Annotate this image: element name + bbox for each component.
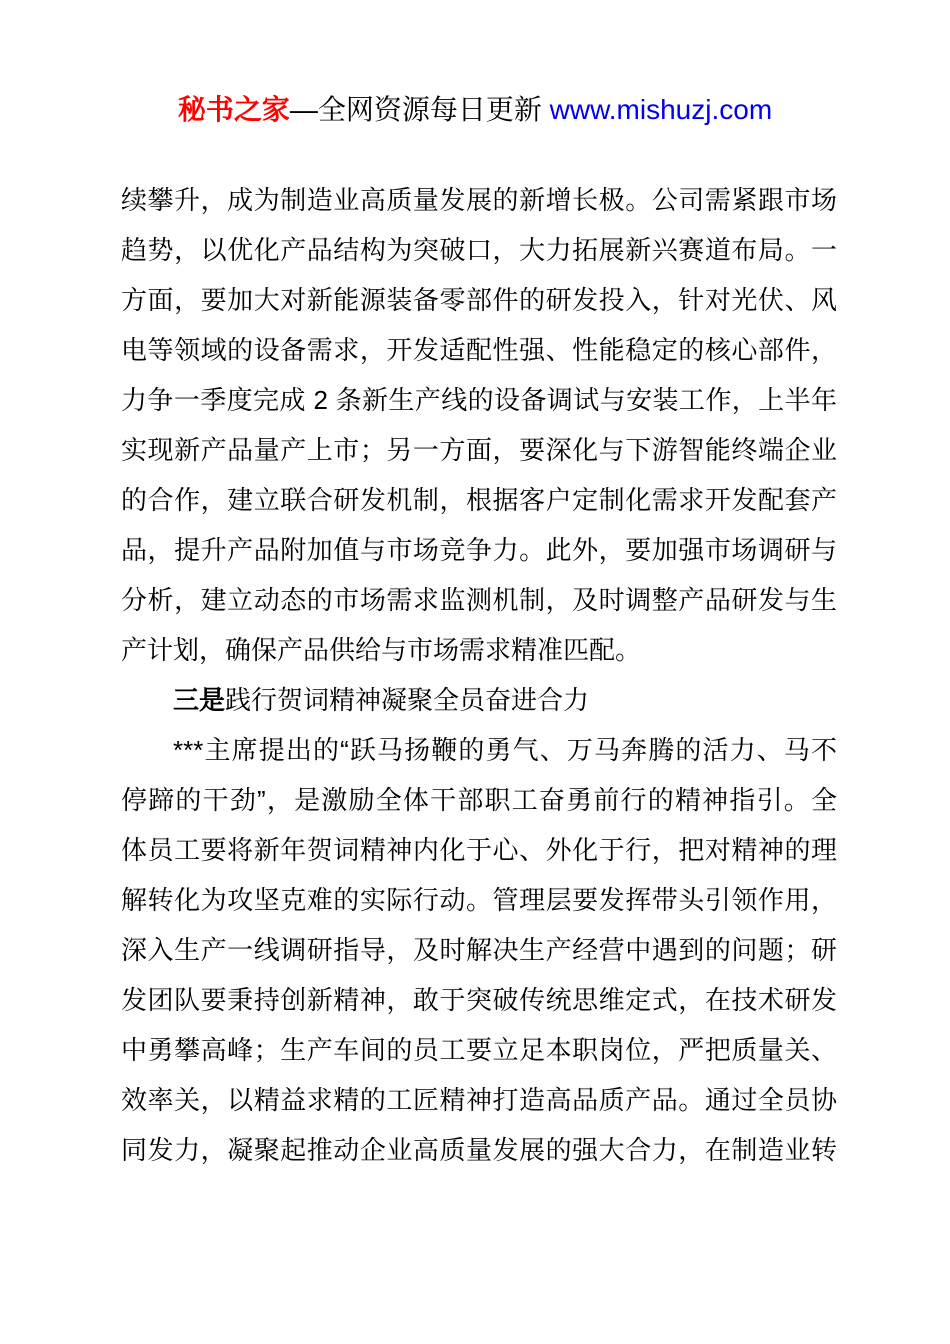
text-line: 力争一季度完成 2 条新生产线的设备调试与安装工作，上半年 (121, 375, 837, 425)
text-line: 分析，建立动态的市场需求监测机制，及时调整产品研发与生 (121, 575, 837, 625)
section-heading-number: 三是 (173, 685, 225, 715)
text-line: ***主席提出的“跃马扬鞭的勇气、万马奔腾的活力、马不 (121, 725, 837, 775)
site-name: 秘书之家 (178, 94, 290, 125)
document-body: 续攀升，成为制造业高质量发展的新增长极。公司需紧跟市场 趋势，以优化产品结构为突… (121, 175, 837, 1175)
text-line: 方面，要加大对新能源装备零部件的研发投入，针对光伏、风 (121, 275, 837, 325)
text-line: 发团队要秉持创新精神，敢于突破传统思维定式，在技术研发 (121, 975, 837, 1025)
text-line: 趋势，以优化产品结构为突破口，大力拓展新兴赛道布局。一 (121, 225, 837, 275)
text-line: 产计划，确保产品供给与市场需求精准匹配。 (121, 625, 837, 675)
header-tagline: —全网资源每日更新 (290, 94, 550, 125)
page-header: 秘书之家—全网资源每日更新 www.mishuzj.com (0, 90, 950, 130)
text-line: 停蹄的干劲”，是激励全体干部职工奋勇前行的精神指引。全 (121, 775, 837, 825)
document-page: 秘书之家—全网资源每日更新 www.mishuzj.com 续攀升，成为制造业高… (0, 0, 950, 1344)
text-line: 中勇攀高峰；生产车间的员工要立足本职岗位，严把质量关、 (121, 1025, 837, 1075)
text-line: 体员工要将新年贺词精神内化于心、外化于行，把对精神的理 (121, 825, 837, 875)
text-line: 续攀升，成为制造业高质量发展的新增长极。公司需紧跟市场 (121, 175, 837, 225)
text-line: 同发力，凝聚起推动企业高质量发展的强大合力，在制造业转 (121, 1125, 837, 1175)
text-line: 电等领域的设备需求，开发适配性强、性能稳定的核心部件， (121, 325, 837, 375)
section-heading-text: 践行贺词精神凝聚全员奋进合力 (225, 685, 589, 715)
text-line: 实现新产品量产上市；另一方面，要深化与下游智能终端企业 (121, 425, 837, 475)
text-line: 效率关，以精益求精的工匠精神打造高品质产品。通过全员协 (121, 1075, 837, 1125)
text-line: 的合作，建立联合研发机制，根据客户定制化需求开发配套产 (121, 475, 837, 525)
site-url-link[interactable]: www.mishuzj.com (550, 94, 772, 125)
text-line: 深入生产一线调研指导，及时解决生产经营中遇到的问题；研 (121, 925, 837, 975)
text-line: 品，提升产品附加值与市场竞争力。此外，要加强市场调研与 (121, 525, 837, 575)
section-heading: 三是践行贺词精神凝聚全员奋进合力 (121, 675, 837, 725)
text-line: 解转化为攻坚克难的实际行动。管理层要发挥带头引领作用， (121, 875, 837, 925)
